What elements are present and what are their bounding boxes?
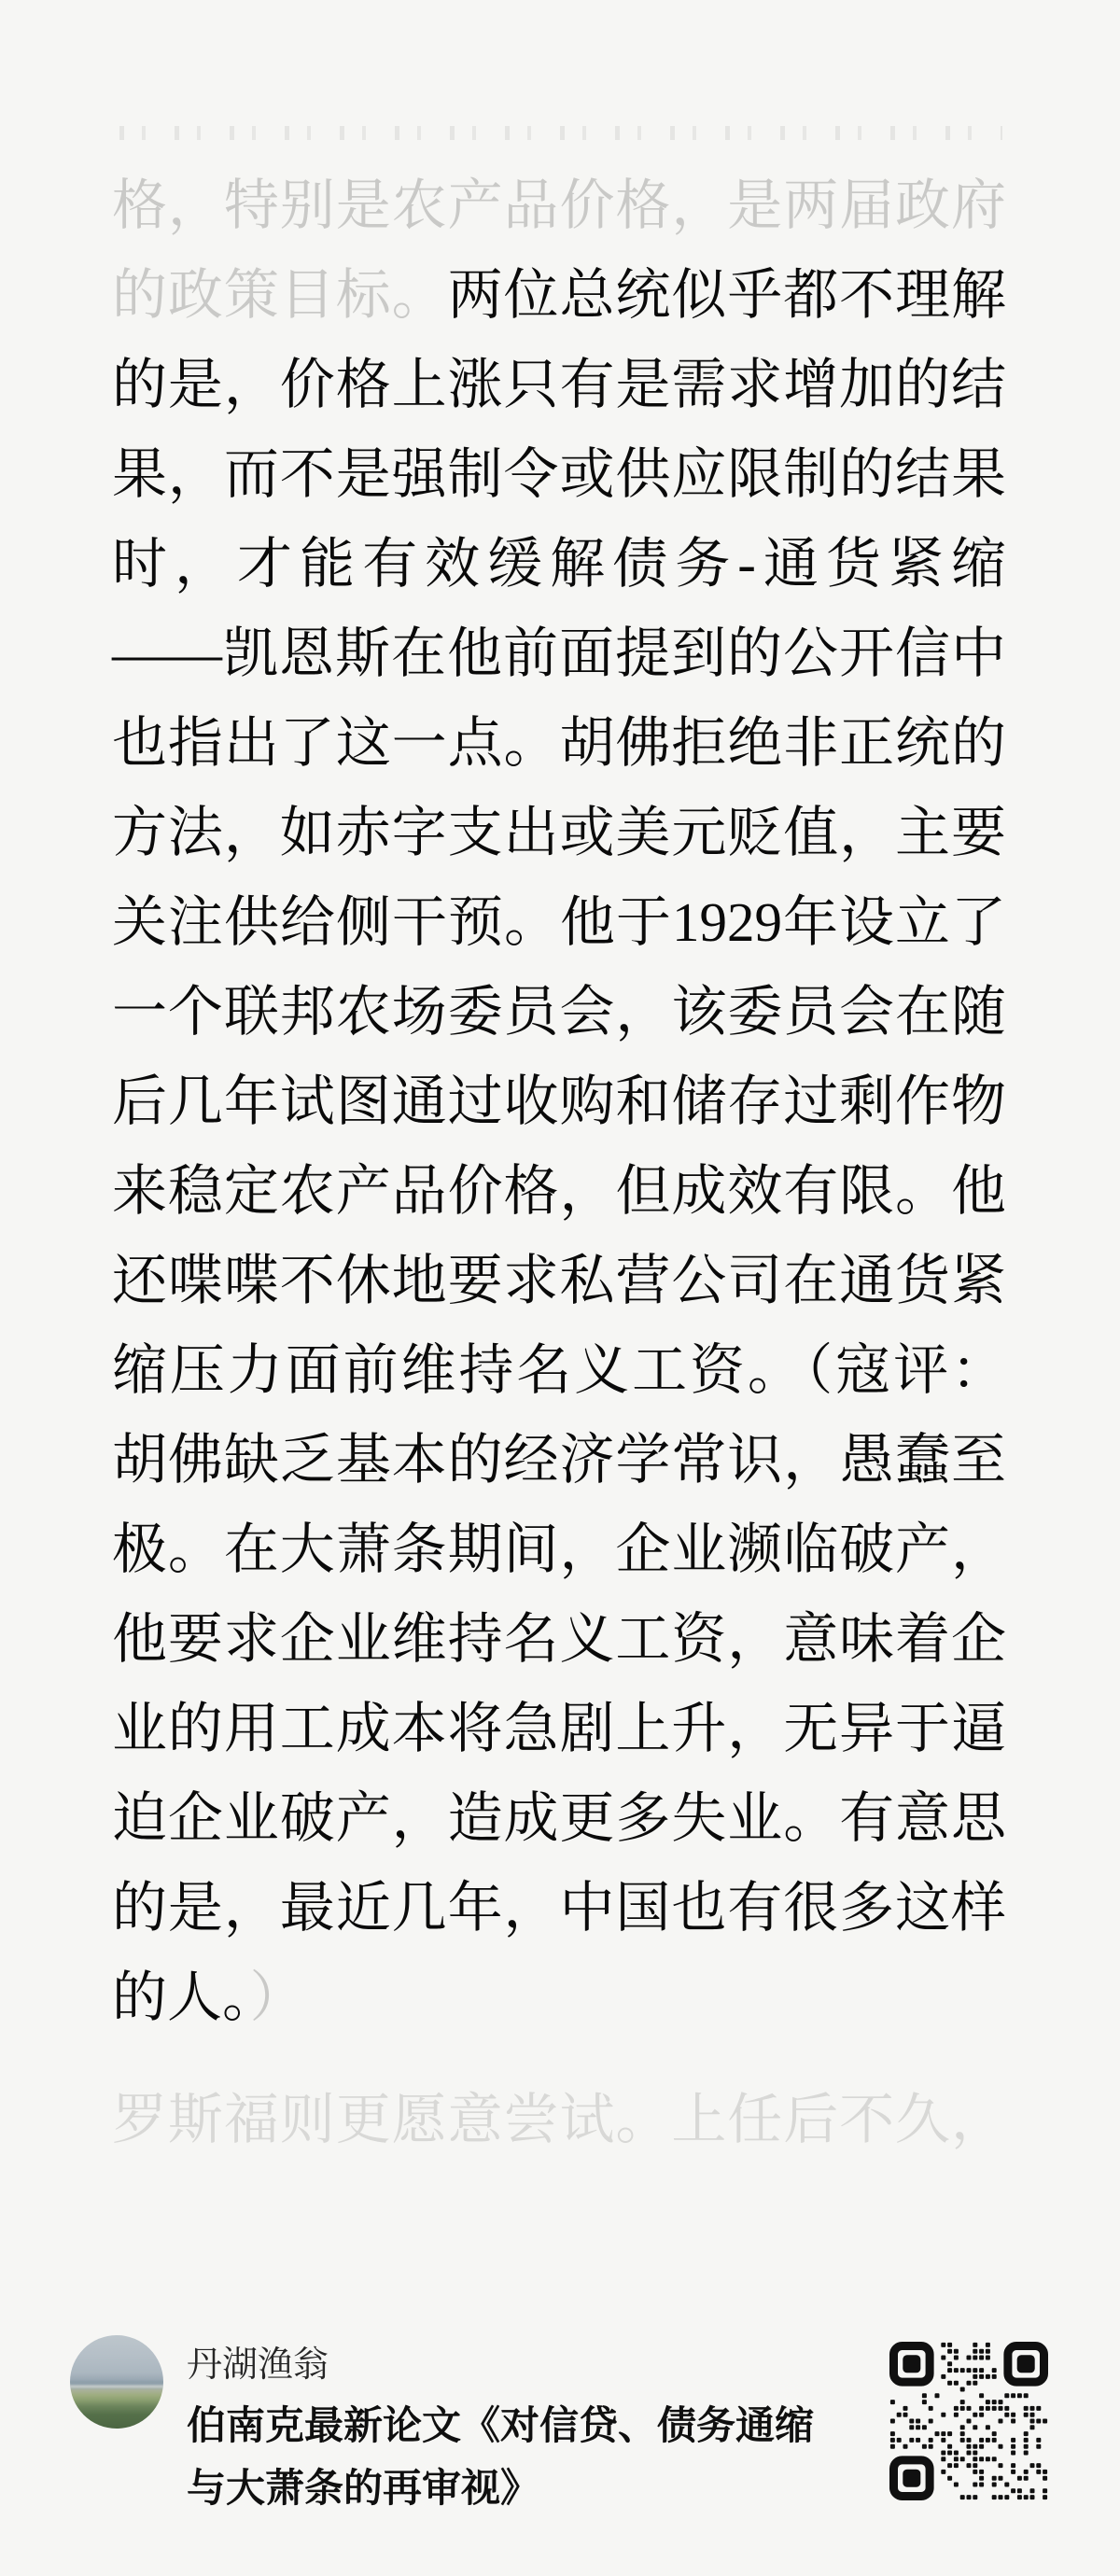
text-line: 的政策目标。两位总统似乎都不理解 (112, 250, 1006, 340)
text-segment: 极。在大萧条期间，企业濒临破产， (112, 1519, 1006, 1580)
text-line: 也指出了这一点。胡佛拒绝非正统的 (112, 698, 1006, 788)
text-segment: 胡佛缺乏基本的经济学常识，愚蠢至 (112, 1429, 1006, 1491)
text-line: 格，特别是农产品价格，是两届政府 (112, 161, 1006, 250)
text-line: 后几年试图通过收购和储存过剩作物 (112, 1057, 1006, 1146)
text-segment: 果，而不是强制令或供应限制的结果 (112, 443, 1006, 505)
text-line: 胡佛缺乏基本的经济学常识，愚蠢至 (112, 1415, 1006, 1505)
text-line: 时，才能有效缓解债务-通货紧缩 (112, 519, 1006, 609)
text-segment: 罗斯福则更愿意尝试。上任后不久， (112, 2089, 1006, 2150)
text-line: 来稳定农产品价格，但成效有限。他 (112, 1146, 1006, 1236)
text-segment: 他要求企业维持名义工资，意味着企 (112, 1608, 1006, 1670)
qr-code-icon (889, 2342, 1048, 2500)
avatar (70, 2335, 163, 2429)
text-segment: 两位总统似乎都不理解 (448, 264, 1006, 326)
cropped-line-remnant (119, 126, 1002, 140)
text-segment: 也指出了这一点。胡佛拒绝非正统的 (112, 712, 1006, 774)
article-title-line-2: 与大萧条的再审视》 (187, 2457, 859, 2519)
text-segment: ） (250, 1967, 305, 2028)
text-segment: 关注供给侧干预。他于1929年设立了 (112, 891, 1006, 953)
footer-meta: 丹湖渔翁 伯南克最新论文《对信贷、债务通缩 与大萧条的再审视》 (187, 2345, 859, 2519)
text-segment: 的政策目标。 (112, 264, 448, 326)
text-segment: 时，才能有效缓解债务-通货紧缩 (112, 533, 1006, 595)
article-title-line-1: 伯南克最新论文《对信贷、债务通缩 (187, 2394, 859, 2457)
text-segment: 业的用工成本将急剧上升，无异于逼 (112, 1698, 1006, 1759)
text-line: 他要求企业维持名义工资，意味着企 (112, 1594, 1006, 1684)
author-name: 丹湖渔翁 (187, 2345, 859, 2386)
share-card: 格，特别是农产品价格，是两届政府的政策目标。两位总统似乎都不理解的是，价格上涨只… (0, 0, 1120, 2576)
text-line: 缩压力面前维持名义工资。（寇评： (112, 1325, 1006, 1415)
text-line: 还喋喋不休地要求私营公司在通货紧 (112, 1236, 1006, 1325)
text-segment: 的人。 (112, 1967, 250, 2028)
text-segment: 的是，最近几年，中国也有很多这样 (112, 1877, 1006, 1939)
text-line: 业的用工成本将急剧上升，无异于逼 (112, 1684, 1006, 1773)
article-text: 格，特别是农产品价格，是两届政府的政策目标。两位总统似乎都不理解的是，价格上涨只… (112, 161, 1006, 2164)
text-line: ——凯恩斯在他前面提到的公开信中 (112, 609, 1006, 698)
text-segment: 格，特别是农产品价格，是两届政府 (112, 175, 1006, 236)
text-line: 方法，如赤字支出或美元贬值，主要 (112, 788, 1006, 877)
text-line: 的是，价格上涨只有是需求增加的结 (112, 340, 1006, 429)
text-segment: 缩压力面前维持名义工资。（寇评： (112, 1339, 1006, 1401)
text-line: 迫企业破产，造成更多失业。有意思 (112, 1773, 1006, 1863)
paragraph-gap (112, 2042, 1006, 2075)
text-line: 一个联邦农场委员会，该委员会在随 (112, 967, 1006, 1057)
text-line: 的人。） (112, 1953, 1006, 2042)
footer: 丹湖渔翁 伯南克最新论文《对信贷、债务通缩 与大萧条的再审视》 (0, 2305, 1120, 2576)
text-segment: 还喋喋不休地要求私营公司在通货紧 (112, 1250, 1006, 1311)
text-line: 极。在大萧条期间，企业濒临破产， (112, 1505, 1006, 1594)
text-line: 果，而不是强制令或供应限制的结果 (112, 429, 1006, 519)
text-segment: 一个联邦农场委员会，该委员会在随 (112, 981, 1006, 1043)
cropped-glyph-marks (119, 126, 1002, 140)
text-segment: 来稳定农产品价格，但成效有限。他 (112, 1160, 1006, 1222)
text-line: 罗斯福则更愿意尝试。上任后不久， (112, 2075, 1006, 2164)
text-segment: 方法，如赤字支出或美元贬值，主要 (112, 802, 1006, 863)
text-segment: 的是，价格上涨只有是需求增加的结 (112, 354, 1006, 415)
text-line: 关注供给侧干预。他于1929年设立了 (112, 877, 1006, 967)
avatar-landscape-image (70, 2335, 163, 2429)
text-line: 的是，最近几年，中国也有很多这样 (112, 1863, 1006, 1953)
text-segment: ——凯恩斯在他前面提到的公开信中 (112, 623, 1006, 684)
text-segment: 后几年试图通过收购和储存过剩作物 (112, 1071, 1006, 1132)
text-segment: 迫企业破产，造成更多失业。有意思 (112, 1787, 1006, 1849)
